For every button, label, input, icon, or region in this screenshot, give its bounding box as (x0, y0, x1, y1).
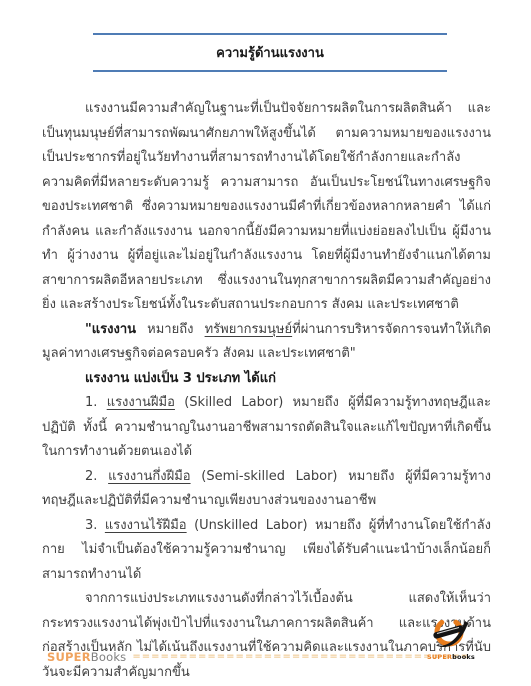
footer-brand-super: SUPER (47, 650, 91, 664)
item-term: แรงงานไร้ฝีมือ (105, 518, 187, 533)
list-item: 3. แรงงานไร้ฝีมือ (Unskilled Labor) หมาย… (42, 514, 491, 588)
definition-quote-paragraph: "แรงงาน หมายถึง ทรัพยากรมนุษย์ที่ผ่านการ… (42, 318, 491, 367)
item-term: แรงงานกึ่งฝีมือ (108, 469, 190, 484)
intro-paragraph: แรงงานมีความสำคัญในฐานะที่เป็นปัจจัยการผ… (42, 97, 491, 318)
item-number: 3. (85, 518, 105, 533)
footer-divider-dashes: ========================================… (132, 650, 469, 664)
superbooks-swoosh-icon (430, 615, 470, 653)
logo-text-super: SUPER (427, 653, 452, 661)
quote-mid: หมายถึง (136, 322, 205, 337)
closing-paragraph: จากการแบ่งประเภทแรงงานดังที่กล่าวไว้เบื้… (42, 587, 491, 685)
quote-underlined-term: ทรัพยากรมนุษย์ (205, 322, 293, 337)
superbooks-logo: SUPERbooks (427, 615, 473, 661)
page-footer: SUPERBooks =============================… (47, 650, 469, 664)
footer-brand: SUPERBooks (47, 650, 126, 664)
item-number: 1. (85, 395, 107, 410)
intro-text: แรงงานมีความสำคัญในฐานะที่เป็นปัจจัยการผ… (42, 101, 491, 312)
page-title: ความรู้ด้านแรงงาน (93, 44, 447, 63)
superbooks-logo-text: SUPERbooks (427, 653, 473, 661)
item-term: แรงงานฝีมือ (107, 395, 175, 410)
section-heading: แรงงาน แบ่งเป็น 3 ประเภท ได้แก่ (42, 367, 491, 392)
page-title-box: ความรู้ด้านแรงงาน (93, 33, 447, 72)
footer-brand-books: Books (91, 650, 127, 664)
quote-term: "แรงงาน (85, 322, 136, 337)
list-item: 1. แรงงานฝีมือ (Skilled Labor) หมายถึง ผ… (42, 391, 491, 465)
document-page: ความรู้ด้านแรงงาน แรงงานมีความสำคัญในฐาน… (0, 0, 531, 686)
document-body: แรงงานมีความสำคัญในฐานะที่เป็นปัจจัยการผ… (42, 97, 491, 685)
list-item: 2. แรงงานกึ่งฝีมือ (Semi-skilled Labor) … (42, 465, 491, 514)
item-number: 2. (85, 469, 108, 484)
closing-text: จากการแบ่งประเภทแรงงานดังที่กล่าวไว้เบื้… (42, 591, 491, 680)
logo-text-books: books (452, 653, 475, 661)
